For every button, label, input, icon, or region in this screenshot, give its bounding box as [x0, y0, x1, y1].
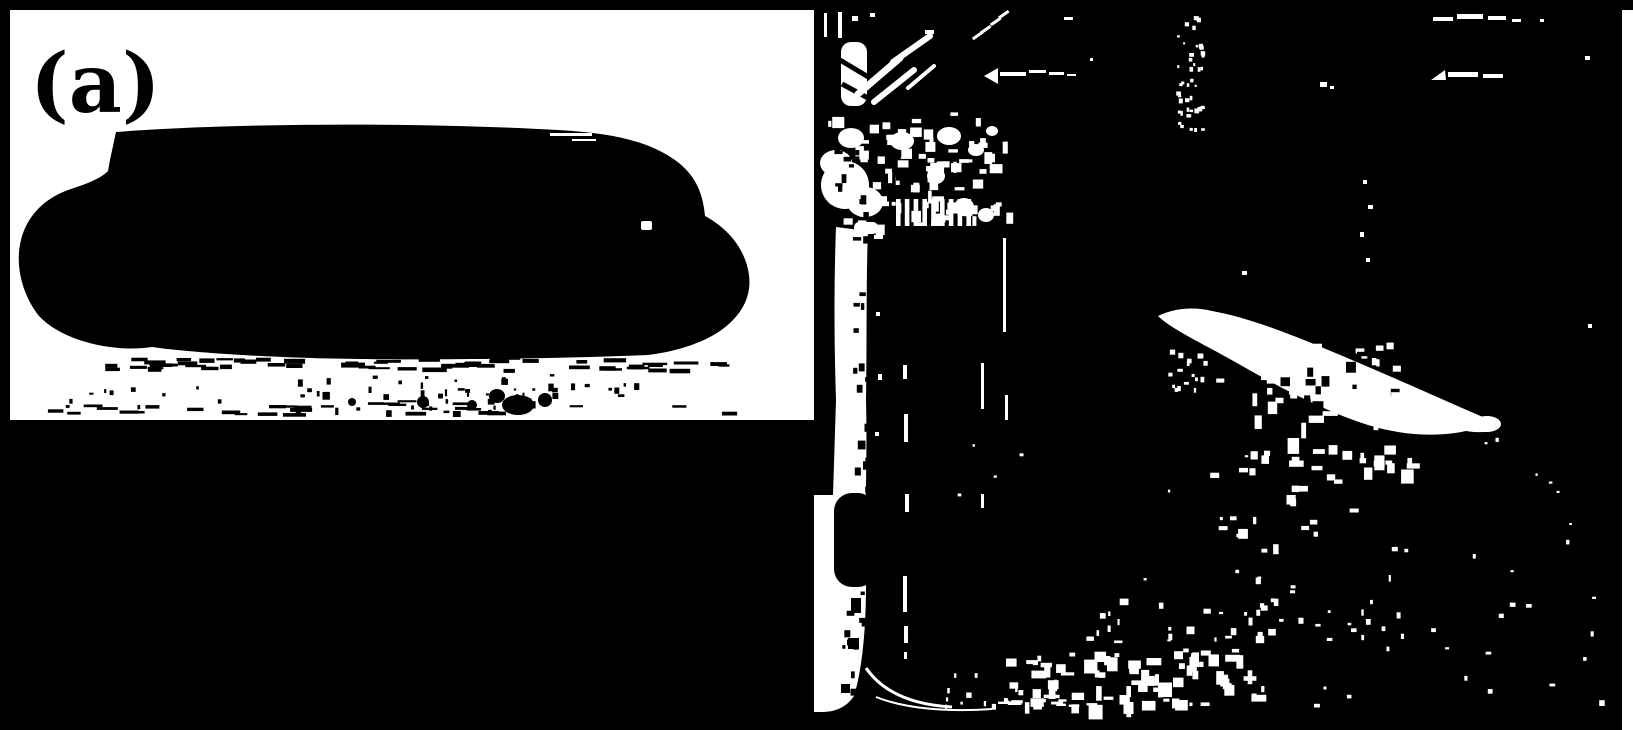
figure-image: (a) — [0, 0, 1633, 730]
figure-frame-top — [0, 0, 1633, 10]
band-dark-blob — [834, 493, 876, 587]
page-margin-right — [1622, 10, 1633, 730]
sample-highlight-speck — [641, 221, 652, 230]
silhouette-top-slit — [550, 133, 592, 136]
sample-silhouette — [19, 125, 750, 360]
silhouette-top-slit — [572, 139, 596, 141]
panel-a-photo: (a) — [10, 10, 814, 420]
plume-tip-blob — [1473, 416, 1501, 432]
comb-pattern — [896, 199, 971, 226]
panel-a-label: (a) — [30, 36, 161, 132]
figure: (a) — [0, 0, 1633, 730]
